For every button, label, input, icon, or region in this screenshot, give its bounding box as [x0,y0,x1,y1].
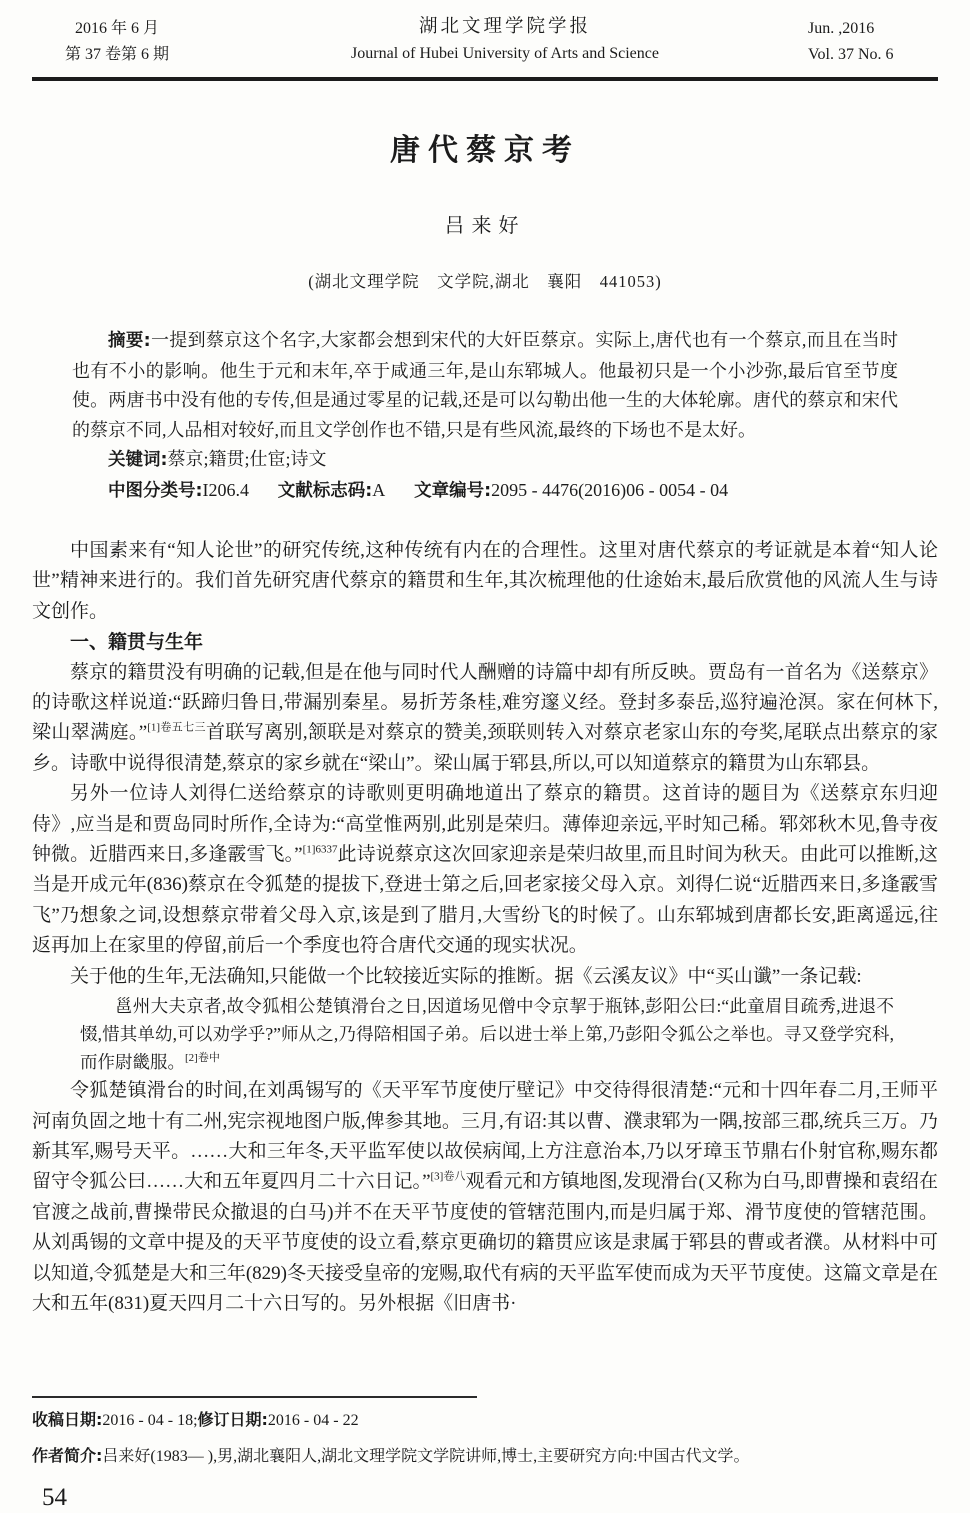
citation-ref: [1]卷五七三 [147,722,206,734]
paragraph-liuderen: 另外一位诗人刘得仁送给蔡京的诗歌则更明确地道出了蔡京的籍贯。这首诗的题目为《送蔡… [32,779,938,961]
journal-name-en: Journal of Hubei University of Arts and … [202,41,808,67]
issue-date-en: Jun. ,2016 [808,16,938,42]
header-journal-name: 湖北文理学院学报 Journal of Hubei University of … [202,14,808,67]
intro-paragraph: 中国素来有“知人论世”的研究传统,这种传统有内在的合理性。这里对唐代蔡京的考证就… [32,536,938,627]
footnote-divider [32,1396,477,1398]
abstract-label: 摘要: [108,331,151,351]
article: 唐代蔡京考 吕来好 (湖北文理学院 文学院,湖北 襄阳 441053) 摘要:一… [32,125,938,1319]
paragraph-linghuchu: 令狐楚镇滑台的时间,在刘禹锡写的《天平军节度使厅壁记》中交待得很清楚:“元和十四… [32,1076,938,1319]
revised-date-value: 2016 - 04 - 22 [268,1412,359,1429]
paragraph-birthyear: 关于他的生年,无法确知,只能做一个比较接近实际的推断。据《云溪友议》中“买山谶”… [32,962,938,992]
keywords-line: 关键词:蔡京;籍贯;仕宦;诗文 [72,445,898,476]
article-body: 中国素来有“知人论世”的研究传统,这种传统有内在的合理性。这里对唐代蔡京的考证就… [32,536,938,1319]
header-issue-info: 2016 年 6 月 第 37 卷第 6 期 [32,14,202,68]
author-bio-line: 作者简介:吕来好(1983— ),男,湖北襄阳人,湖北文理学院文学院讲师,博士,… [32,1443,938,1470]
doc-code-label: 文献标志码: [278,481,373,501]
abstract-text: 一提到蔡京这个名字,大家都会想到宋代的大奸臣蔡京。实际上,唐代也有一个蔡京,而且… [72,330,898,440]
article-title: 唐代蔡京考 [32,125,938,169]
dates-line: 收稿日期:2016 - 04 - 18;修订日期:2016 - 04 - 22 [32,1407,938,1434]
issue-volume: 第 37 卷第 6 期 [32,42,202,68]
paragraph-text: 观看元和方镇地图,发现滑台(又称为白马,即曹操和袁绍在官渡之战前,曹操带民众撤退… [32,1171,938,1314]
article-affiliation: (湖北文理学院 文学院,湖北 襄阳 441053) [32,268,938,292]
citation-ref: [2]卷中 [185,1052,220,1064]
keywords-text: 蔡京;籍贯;仕宦;诗文 [168,449,327,469]
paragraph-jiadao: 蔡京的籍贯没有明确的记载,但是在他与同时代人酬赠的诗篇中却有所反映。贾岛有一首名… [32,658,938,780]
received-date-label: 收稿日期: [32,1410,102,1429]
journal-header: 2016 年 6 月 第 37 卷第 6 期 湖北文理学院学报 Journal … [32,14,938,68]
abstract-paragraph: 摘要:一提到蔡京这个名字,大家都会想到宋代的大奸臣蔡京。实际上,唐代也有一个蔡京… [72,326,898,445]
article-author: 吕来好 [32,209,938,238]
meta-line: 中图分类号:I206.4文献标志码:A文章编号:2095 - 4476(2016… [72,476,898,507]
keywords-label: 关键词: [108,450,168,470]
page-number: 54 [42,1484,938,1512]
received-date-value: 2016 - 04 - 18; [102,1412,197,1429]
page-footer: 收稿日期:2016 - 04 - 18;修订日期:2016 - 04 - 22 … [32,1396,938,1512]
citation-ref: [1]6337 [303,844,338,856]
article-id-value: 2095 - 4476(2016)06 - 0054 - 04 [491,480,728,500]
revised-date-label: 修订日期: [198,1410,268,1429]
issue-date: 2016 年 6 月 [32,16,202,42]
doc-code-value: A [372,480,385,500]
header-divider [32,77,938,81]
block-quote: 邕州大夫京者,故令狐相公楚镇滑台之日,因道场见僧中令京挈于瓶钵,彭阳公曰:“此童… [80,992,894,1076]
header-issue-info-en: Jun. ,2016 Vol. 37 No. 6 [808,14,938,68]
author-bio-text: 吕来好(1983— ),男,湖北襄阳人,湖北文理学院文学院讲师,博士,主要研究方… [102,1448,749,1465]
clc-label: 中图分类号: [108,481,203,501]
journal-name-cn: 湖北文理学院学报 [202,14,808,41]
citation-ref: [3]卷八 [431,1171,466,1183]
article-id-label: 文章编号: [414,481,491,501]
abstract-block: 摘要:一提到蔡京这个名字,大家都会想到宋代的大奸臣蔡京。实际上,唐代也有一个蔡京… [72,326,898,506]
clc-value: I206.4 [203,480,250,500]
author-bio-label: 作者简介: [32,1446,102,1465]
issue-volume-en: Vol. 37 No. 6 [808,42,938,68]
journal-page: 2016 年 6 月 第 37 卷第 6 期 湖北文理学院学报 Journal … [0,0,970,1513]
section-heading-1: 一、籍贯与生年 [32,627,938,657]
